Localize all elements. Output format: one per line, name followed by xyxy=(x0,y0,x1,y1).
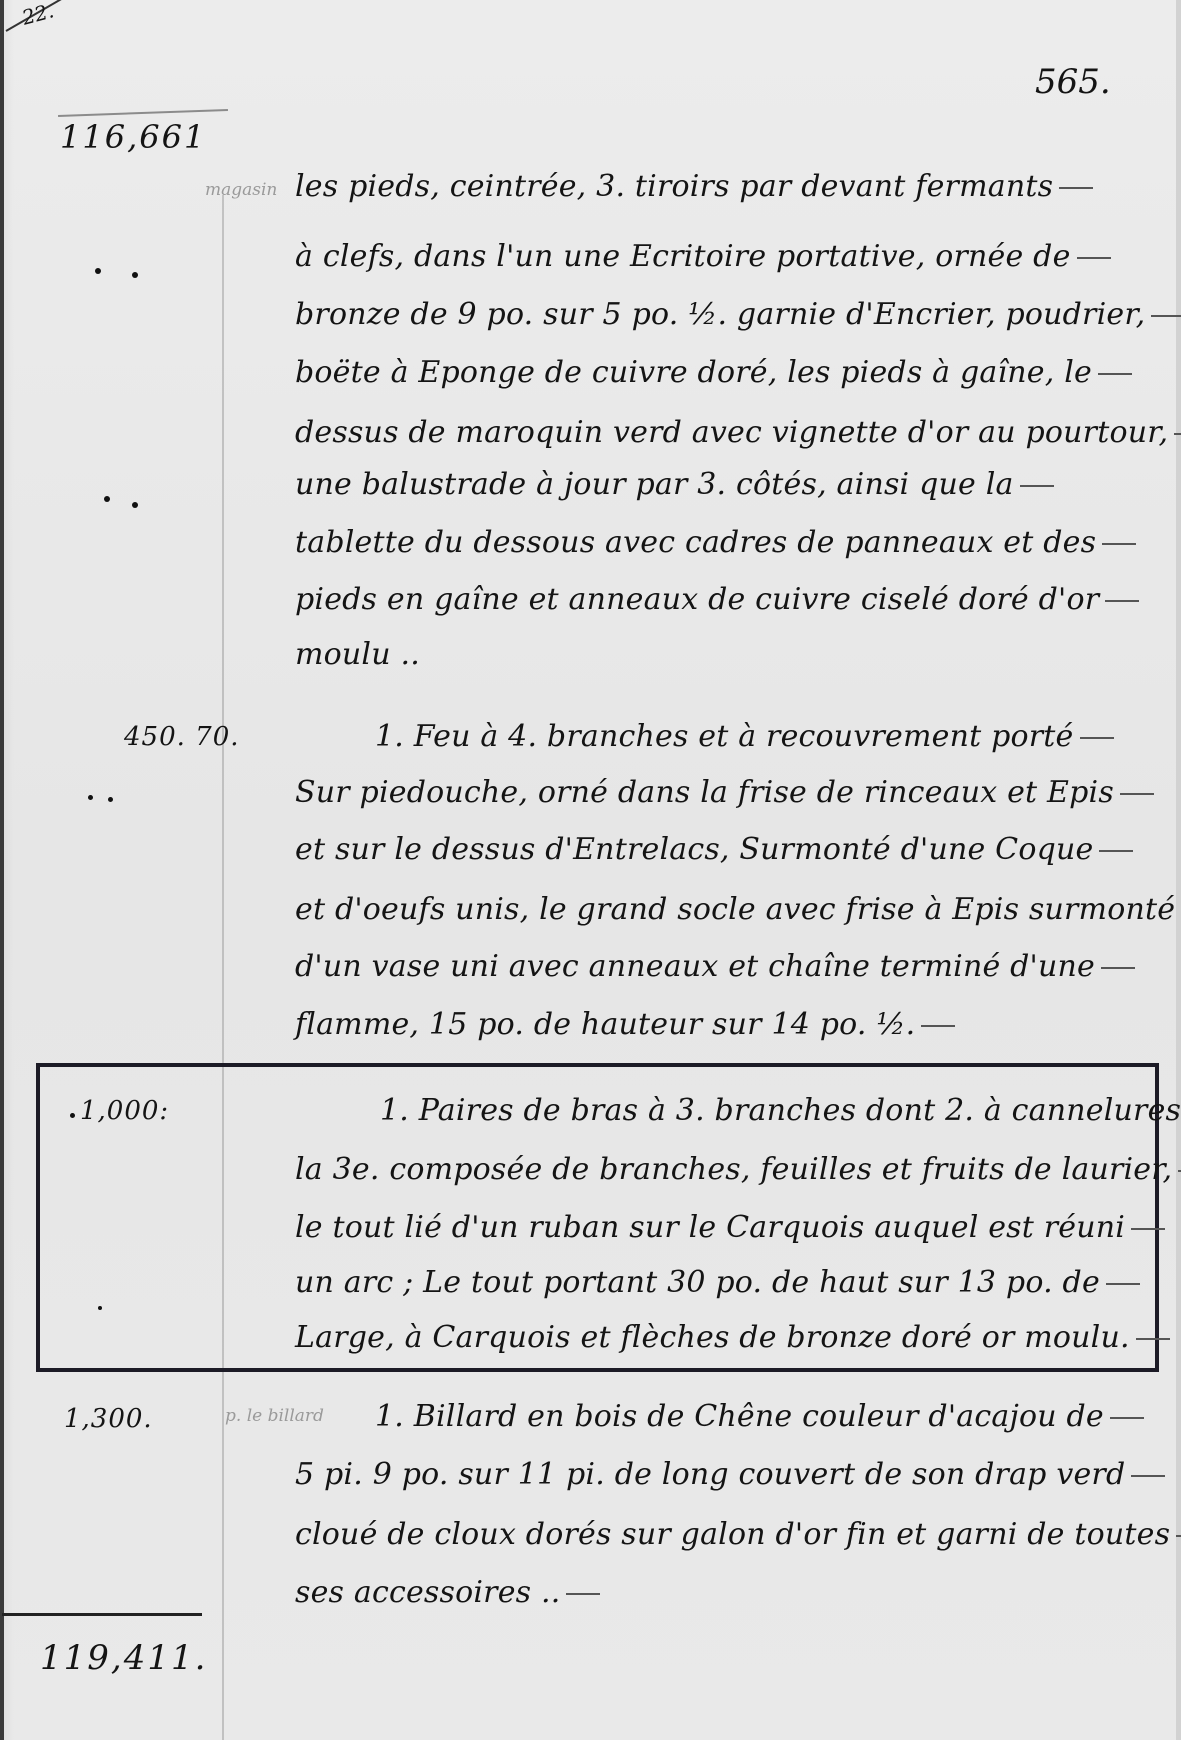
entry-line: 1. Billard en bois de Chêne couleur d'ac… xyxy=(375,1402,1151,1432)
entry-line: dessus de maroquin verd avec vignette d'… xyxy=(295,418,1151,448)
entry-line: Sur piedouche, orné dans la frise de rin… xyxy=(295,778,1151,808)
entry-line: à clefs, dans l'un une Ecritoire portati… xyxy=(295,242,1151,272)
entry-line: cloué de cloux dorés sur galon d'or fin … xyxy=(295,1520,1151,1550)
margin-dot xyxy=(132,272,138,278)
entry-amount: 1,300. xyxy=(64,1404,153,1434)
margin-note: magasin xyxy=(205,180,277,200)
margin-note: p. le billard xyxy=(225,1406,324,1426)
entry-line: flamme, 15 po. de hauteur sur 14 po. ½. xyxy=(295,1010,1151,1040)
entry-line: la 3e. composée de branches, feuilles et… xyxy=(295,1155,1151,1185)
entry-line: Large, à Carquois et flèches de bronze d… xyxy=(295,1323,1151,1353)
entry-amount: 1,000: xyxy=(80,1096,169,1126)
entry-line: 5 pi. 9 po. sur 11 pi. de long couvert d… xyxy=(295,1460,1151,1490)
margin-dot xyxy=(104,496,110,502)
entry-line: et sur le dessus d'Entrelacs, Surmonté d… xyxy=(295,835,1151,865)
entry-line: 1. Paires de bras à 3. branches dont 2. … xyxy=(380,1096,1151,1126)
margin-dot xyxy=(95,268,101,274)
entry-line: et d'oeufs unis, le grand socle avec fri… xyxy=(295,895,1151,925)
entry-line: moulu .. xyxy=(295,640,1151,670)
entry-line: ses accessoires .. xyxy=(295,1578,1151,1608)
margin-dot xyxy=(108,797,113,802)
margin-dot xyxy=(70,1113,75,1118)
entry-line: boëte à Eponge de cuivre doré, les pieds… xyxy=(295,358,1151,388)
entry-line: pieds en gaîne et anneaux de cuivre cise… xyxy=(295,585,1151,615)
entry-line: bronze de 9 po. sur 5 po. ½. garnie d'En… xyxy=(295,300,1151,330)
entry-line: le tout lié d'un ruban sur le Carquois a… xyxy=(295,1213,1151,1243)
entry-line: d'un vase uni avec anneaux et chaîne ter… xyxy=(295,952,1151,982)
entry-line: un arc ; Le tout portant 30 po. de haut … xyxy=(295,1268,1151,1298)
entry-line: les pieds, ceintrée, 3. tiroirs par deva… xyxy=(295,172,1151,202)
margin-dot xyxy=(98,1306,102,1310)
margin-dot xyxy=(88,795,93,800)
sum-rule xyxy=(2,1613,202,1616)
entry-amount: 450. 70. xyxy=(124,722,240,752)
margin-rule xyxy=(222,195,224,1740)
binding-edge xyxy=(0,0,4,1740)
entry-line: tablette du dessous avec cadres de panne… xyxy=(295,528,1151,558)
margin-dot xyxy=(132,502,138,508)
corner-mark: 22. xyxy=(19,0,56,30)
entry-line: une balustrade à jour par 3. côtés, ains… xyxy=(295,470,1151,500)
grand-total: 119,411. xyxy=(40,1638,207,1678)
page-edge xyxy=(1176,0,1181,1740)
manuscript-page: 22. 565. 116,661 magasin les pieds, cein… xyxy=(0,0,1181,1740)
carried-forward-total: 116,661 xyxy=(60,118,206,156)
folio-number: 565. xyxy=(1035,62,1111,102)
entry-line: 1. Feu à 4. branches et à recouvrement p… xyxy=(375,722,1151,752)
